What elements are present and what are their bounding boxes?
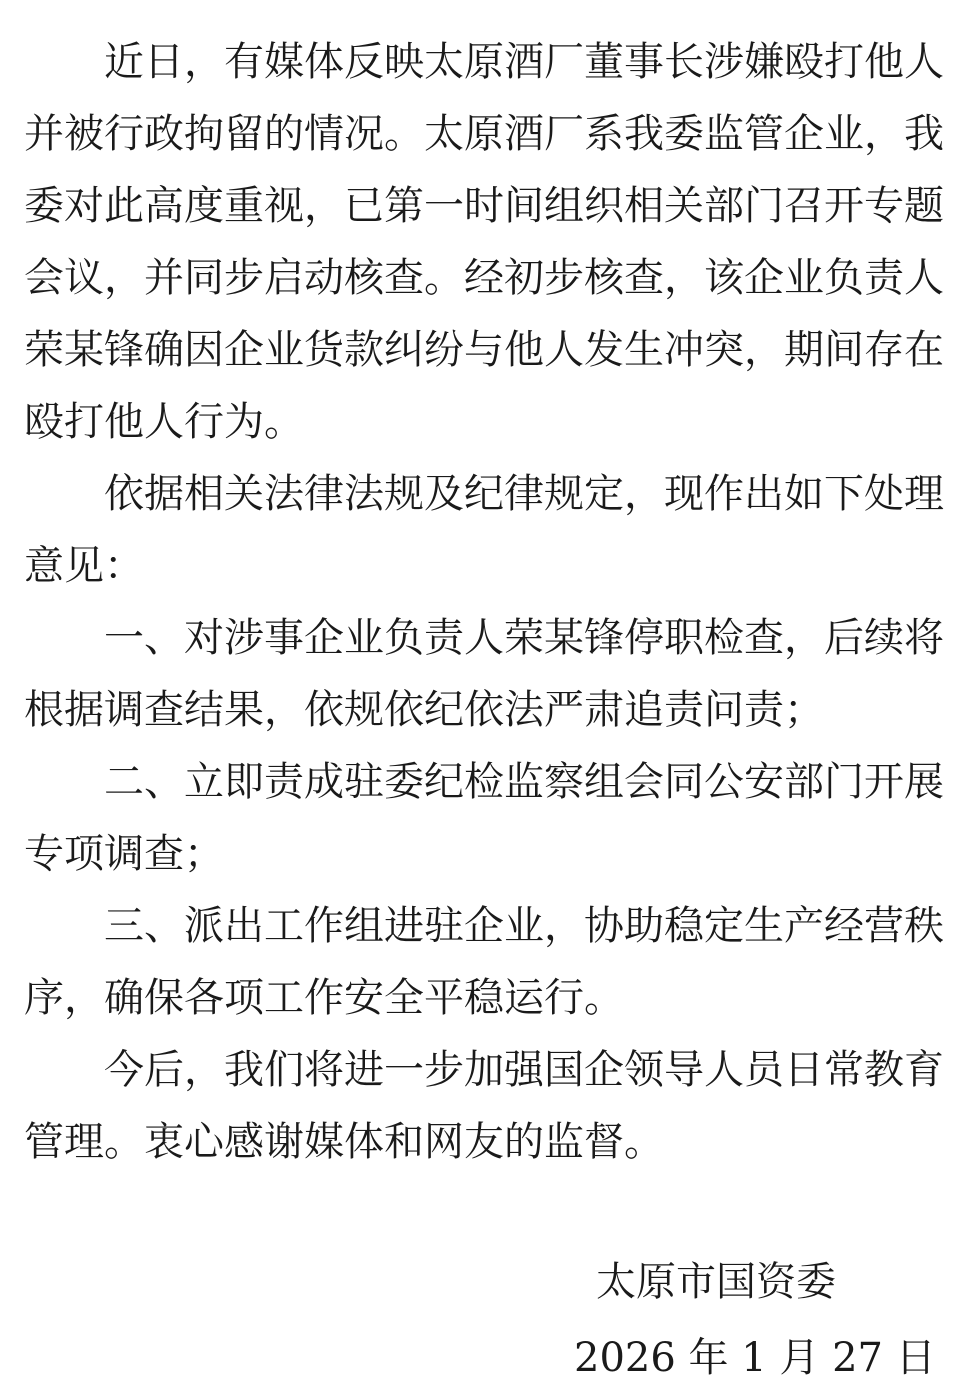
paragraph-2-line-1: 依据相关法律法规及纪律规定，现作出如下处理 <box>104 474 944 514</box>
paragraph-1-line-4: 会议，并同步启动核查。经初步核查，该企业负责人 <box>24 258 944 298</box>
paragraph-1-line-6: 殴打他人行为。 <box>24 402 304 442</box>
item-3-line-2: 序，确保各项工作安全平稳运行。 <box>24 978 624 1018</box>
closing-line-1: 今后，我们将进一步加强国企领导人员日常教育 <box>104 1050 944 1090</box>
paragraph-1-line-2: 并被行政拘留的情况。太原酒厂系我委监管企业，我 <box>24 114 944 154</box>
paragraph-1-line-5: 荣某锋确因企业货款纠纷与他人发生冲突，期间存在 <box>24 330 944 370</box>
item-2-line-2: 专项调查； <box>24 834 224 874</box>
paragraph-1-line-1: 近日，有媒体反映太原酒厂董事长涉嫌殴打他人 <box>104 42 944 82</box>
item-3-line-1: 三、派出工作组进驻企业，协助稳定生产经营秩 <box>104 906 944 946</box>
signature-organization: 太原市国资委 <box>596 1262 836 1302</box>
signature-date: 2026 年 1 月 27 日 <box>574 1338 936 1378</box>
paragraph-2-line-2: 意见： <box>24 546 144 586</box>
closing-line-2: 管理。衷心感谢媒体和网友的监督。 <box>24 1122 664 1162</box>
item-2-line-1: 二、立即责成驻委纪检监察组会同公安部门开展 <box>104 762 944 802</box>
item-1-line-2: 根据调查结果，依规依纪依法严肃追责问责； <box>24 690 824 730</box>
item-1-line-1: 一、对涉事企业负责人荣某锋停职检查，后续将 <box>104 618 944 658</box>
paragraph-1-line-3: 委对此高度重视，已第一时间组织相关部门召开专题 <box>24 186 944 226</box>
